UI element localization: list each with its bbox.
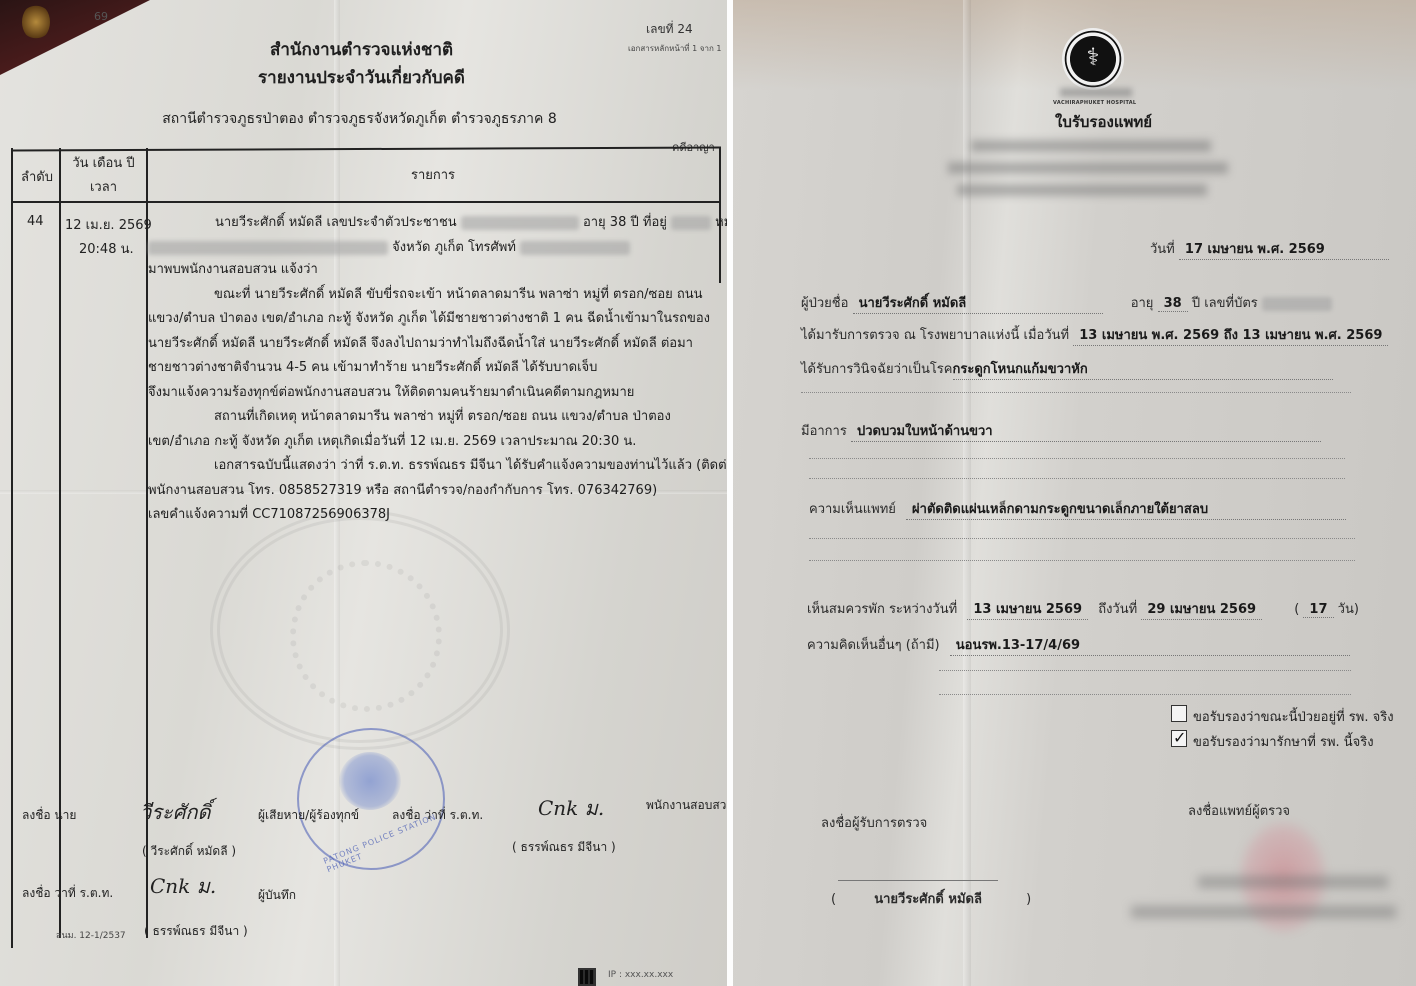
recorder-role: ผู้บันทึก bbox=[258, 886, 296, 905]
diagnosis-value: กระดูกโหนกแก้มขวาหัก bbox=[953, 358, 1333, 380]
header-date: วัน เดือน ปี bbox=[61, 152, 146, 173]
checkbox-currently-ill[interactable] bbox=[1171, 705, 1187, 722]
exam-dates: 13 เมษายน พ.ศ. 2569 ถึง 13 เมษายน พ.ศ. 2… bbox=[1073, 324, 1388, 346]
opinion-label: ความเห็นแพทย์ bbox=[809, 502, 896, 517]
date-label: วันที่ bbox=[1150, 242, 1175, 257]
checkbox-label: ขอรับรองว่าขณะนี้ป่วยอยู่ที่ รพ. จริง bbox=[1193, 706, 1394, 727]
blank-line bbox=[809, 538, 1355, 539]
blank-line bbox=[939, 670, 1351, 671]
header-details: รายการ bbox=[148, 164, 718, 185]
body-line: แขวง/ตำบล ป่าตอง เขต/อำเภอ กะทู้ จังหวัด… bbox=[148, 307, 727, 332]
exam-row: ได้มารับการตรวจ ณ โรงพยาบาลแห่งนี้ เมื่อ… bbox=[801, 324, 1388, 346]
exam-label: ได้มารับการตรวจ ณ โรงพยาบาลแห่งนี้ เมื่อ… bbox=[801, 328, 1069, 343]
redacted-address bbox=[148, 241, 388, 255]
redacted-phone bbox=[520, 241, 630, 255]
police-station-stamp: PATONG POLICE STATION PHUKET bbox=[297, 728, 445, 870]
recorder-sign-label: ลงชื่อ ว่าที่ ร.ต.ท. bbox=[22, 884, 113, 903]
body-line: พนักงานสอบสวน โทร. 0858527319 หรือ สถานี… bbox=[148, 479, 727, 504]
blank-line bbox=[939, 694, 1351, 695]
opinion-row: ความเห็นแพทย์ ผ่าตัดติดแผ่นเหล็กดามกระดู… bbox=[809, 498, 1346, 520]
body-line: นายวีระศักดิ์ หมัดลี นายวีระศักดิ์ หมัดล… bbox=[148, 332, 727, 357]
redacted-address bbox=[948, 162, 1228, 174]
redacted-doctor-license bbox=[1131, 906, 1396, 918]
rest-days: 17 bbox=[1303, 602, 1333, 618]
police-report-photo: 69 เลขที่ 24 เอกสารหลักหน้าที่ 1 จาก 1 ส… bbox=[0, 0, 727, 986]
qr-code-icon bbox=[578, 968, 596, 986]
blank-line bbox=[809, 458, 1345, 459]
date-value: 17 เมษายน พ.ศ. 2569 bbox=[1179, 238, 1389, 260]
ministry-of-public-health-logo-icon: ⚕ bbox=[1062, 28, 1124, 90]
complainant-printed-name: ( วีระศักดิ์ หมัดลี ) bbox=[142, 842, 236, 861]
form-code: สนม. 12-1/2537 bbox=[56, 928, 126, 942]
complainant-sign-label: ลงชื่อ นาย bbox=[22, 806, 76, 825]
body-line: สถานที่เกิดเหตุ หน้าตลาดมารีน พลาซ่า หมู… bbox=[148, 405, 727, 430]
header-order: ลำดับ bbox=[15, 166, 59, 187]
body-line: เอกสารฉบับนี้แสดงว่า ว่าที่ ร.ต.ท. ธรรพ์… bbox=[148, 454, 727, 479]
signature-line bbox=[838, 880, 998, 881]
other-value: นอนรพ.13-17/4/69 bbox=[950, 634, 1350, 656]
investigator-role: พนักงานสอบสวน bbox=[646, 796, 727, 815]
checkbox-treated-here[interactable] bbox=[1171, 730, 1187, 747]
hospital-name-en: VACHIRAPHUKET HOSPITAL bbox=[1053, 100, 1136, 106]
body-line: เขต/อำเภอ กะทู้ จังหวัด ภูเก็ต เหตุเกิดเ… bbox=[148, 430, 727, 455]
symptom-label: มีอาการ bbox=[801, 424, 847, 439]
patient-row: ผู้ป่วยชื่อ นายวีระศักดิ์ หมัดลี อายุ 38… bbox=[801, 292, 1332, 314]
complainant-name-id: นายวีระศักดิ์ หมัดลี เลขประจำตัวประชาชน bbox=[215, 215, 457, 230]
patient-sign-name-row: ( นายวีระศักดิ์ หมัดลี ) bbox=[831, 888, 1031, 909]
symptom-row: มีอาการ ปวดบวมใบหน้าด้านขวา bbox=[801, 420, 1321, 442]
redacted-hospital-name bbox=[1060, 88, 1132, 97]
entry-time: 20:48 น. bbox=[79, 238, 134, 259]
diagnosis-row: ได้รับการวินิจฉัยว่าเป็นโรคกระดูกโหนกแก้… bbox=[801, 358, 1333, 380]
investigator-printed-name: ( ธรรพ์ณธร มีจีนา ) bbox=[512, 838, 616, 857]
moo-label: หมู่ที่ bbox=[715, 215, 727, 230]
other-label: ความคิดเห็นอื่นๆ (ถ้ามี) bbox=[807, 638, 940, 653]
paper-fold bbox=[963, 0, 971, 986]
certificate-title: ใบรับรองแพทย์ bbox=[1055, 110, 1152, 134]
footer-ip: IP : xxx.xx.xxx bbox=[608, 970, 673, 980]
report-number: เลขคำแจ้งความที่ CC71087256906378J bbox=[148, 503, 727, 528]
redacted-id bbox=[1262, 297, 1332, 311]
rest-from: 13 เมษายน 2569 bbox=[967, 598, 1088, 620]
header-time: เวลา bbox=[61, 176, 146, 197]
body-line: มาพบพนักงานสอบสวน แจ้งว่า bbox=[148, 258, 727, 283]
body-line: ขณะที่ นายวีระศักดิ์ หมัดลี ขับขี่รถจะเข… bbox=[148, 283, 727, 308]
rest-days-unit: วัน) bbox=[1338, 602, 1359, 617]
report-body: มาพบพนักงานสอบสวน แจ้งว่า ขณะที่ นายวีระ… bbox=[148, 258, 727, 528]
certificate-date: วันที่ 17 เมษายน พ.ศ. 2569 bbox=[1150, 238, 1389, 260]
paren-open: ( bbox=[1294, 602, 1299, 617]
investigator-sign-label: ลงชื่อ ว่าที่ ร.ต.ท. bbox=[392, 806, 483, 825]
rest-to: 29 เมษายน 2569 bbox=[1141, 598, 1262, 620]
complainant-age: อายุ 38 ปี ที่อยู่ bbox=[583, 215, 667, 230]
body-line: ชายชาวต่างชาติจำนวน 4-5 คน เข้ามาทำร้าย … bbox=[148, 356, 727, 381]
stamp-emblem bbox=[339, 752, 401, 810]
entry-line-2: จังหวัด ภูเก็ต โทรศัพท์ bbox=[148, 236, 630, 261]
blank-line bbox=[801, 392, 1351, 393]
rest-period-row: เห็นสมควรพัก ระหว่างวันที่ 13 เมษายน 256… bbox=[807, 598, 1359, 620]
complainant-signature: วีระศักดิ์ bbox=[140, 796, 211, 828]
station-line: สถานีตำรวจภูธรป่าตอง ตำรวจภูธรจังหวัดภูเ… bbox=[0, 108, 723, 130]
id-card-label: ปี เลขที่บัตร bbox=[1192, 296, 1258, 311]
recorder-printed-name: ( ธรรพ์ณธร มีจีนา ) bbox=[144, 922, 248, 941]
report-title: รายงานประจำวันเกี่ยวกับคดี bbox=[0, 64, 725, 91]
age-label: อายุ bbox=[1131, 296, 1154, 311]
blank-line bbox=[809, 560, 1355, 561]
table-border bbox=[13, 146, 721, 151]
blank-line bbox=[809, 478, 1345, 479]
symptom-value: ปวดบวมใบหน้าด้านขวา bbox=[851, 420, 1321, 442]
entry-line-1: นายวีระศักดิ์ หมัดลี เลขประจำตัวประชาชน … bbox=[215, 211, 727, 236]
opinion-value: ผ่าตัดติดแผ่นเหล็กดามกระดูกขนาดเล็กภายใต… bbox=[906, 498, 1346, 520]
body-line: จึงมาแจ้งความร้องทุกข์ต่อพนักงานสอบสวน ใ… bbox=[148, 381, 727, 406]
checkbox-label: ขอรับรองว่ามารักษาที่ รพ. นี้จริง bbox=[1193, 731, 1374, 752]
province-phone: จังหวัด ภูเก็ต โทรศัพท์ bbox=[392, 240, 516, 255]
redacted-doctor-name bbox=[1198, 876, 1388, 888]
investigator-signature: Cnk ม. bbox=[538, 792, 604, 824]
corner-number: 69 bbox=[94, 10, 108, 23]
complainant-role: ผู้เสียหาย/ผู้ร้องทุกข์ bbox=[258, 806, 359, 825]
patient-sign-name: นายวีระศักดิ์ หมัดลี bbox=[874, 892, 982, 907]
doctor-sign-label: ลงชื่อแพทย์ผู้ตรวจ bbox=[1188, 800, 1290, 821]
other-comments-row: ความคิดเห็นอื่นๆ (ถ้ามี) นอนรพ.13-17/4/6… bbox=[807, 634, 1350, 656]
rest-to-label: ถึงวันที่ bbox=[1098, 602, 1137, 617]
redacted-address bbox=[971, 140, 1211, 152]
recorder-signature: Cnk ม. bbox=[150, 870, 216, 902]
entry-order: 44 bbox=[27, 214, 44, 229]
table-border bbox=[13, 201, 721, 203]
medical-certificate-photo: ⚕ VACHIRAPHUKET HOSPITAL ใบรับรองแพทย์ ว… bbox=[733, 0, 1416, 986]
redacted-id bbox=[461, 216, 579, 230]
entry-date: 12 เม.ย. 2569 bbox=[65, 214, 152, 235]
rest-label: เห็นสมควรพัก ระหว่างวันที่ bbox=[807, 602, 957, 617]
age-value: 38 bbox=[1158, 296, 1188, 312]
patient-label: ผู้ป่วยชื่อ bbox=[801, 296, 848, 311]
redacted-address bbox=[671, 216, 711, 230]
patient-sign-label: ลงชื่อผู้รับการตรวจ bbox=[821, 812, 927, 833]
diagnosis-label: ได้รับการวินิจฉัยว่าเป็นโรค bbox=[801, 362, 953, 377]
redacted-address bbox=[957, 184, 1207, 196]
patient-name: นายวีระศักดิ์ หมัดลี bbox=[853, 292, 1103, 314]
agency-title: สำนักงานตำรวจแห่งชาติ bbox=[0, 36, 725, 63]
